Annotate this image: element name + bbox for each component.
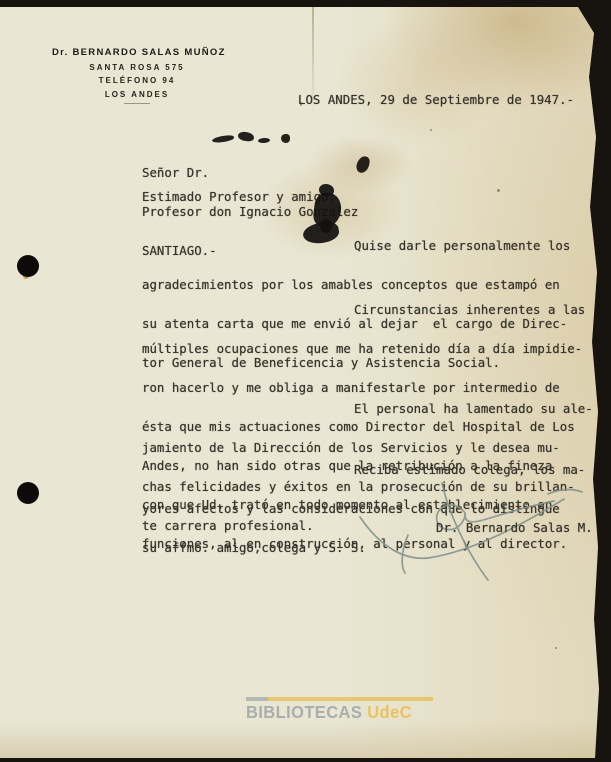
paragraph-line: Reciba estimado colega, los ma- <box>142 463 592 476</box>
letterhead-address: SANTA ROSA 575 <box>52 63 222 72</box>
watermark-text-accent: UdeC <box>367 704 412 723</box>
dateline: LOS ANDES, 29 de Septiembre de 1947.- <box>298 93 574 106</box>
typed-signature-name: Dr. Bernardo Salas M. <box>436 521 593 534</box>
paragraph-line: múltiples ocupaciones que me ha retenido… <box>142 342 592 355</box>
paragraph-line: Circunstancias inherentes a las <box>142 303 592 316</box>
watermark-bar-yellow <box>268 697 433 701</box>
paragraph-line: yores afectos y las consideraciones con … <box>142 502 592 515</box>
library-watermark: BIBLIOTECAS UdeC <box>246 697 446 723</box>
paragraph-line: su affmo. amigo,colega y S. S. <box>142 541 592 554</box>
letterhead-rule <box>124 103 150 104</box>
paragraph: Reciba estimado colega, los ma- yores af… <box>142 437 592 580</box>
watermark-bar-gray <box>246 697 268 701</box>
punch-hole <box>17 482 39 504</box>
watermark-text: BIBLIOTECAS UdeC <box>246 704 446 724</box>
paragraph-line: El personal ha lamentado su ale- <box>142 402 592 415</box>
letterhead-name: Dr. BERNARDO SALAS MUÑOZ <box>52 47 222 58</box>
letterhead-phone: TELÉFONO 94 <box>52 76 222 85</box>
watermark-text-primary: BIBLIOTECAS <box>246 704 362 723</box>
punch-hole <box>17 255 39 277</box>
paragraph-line: Quise darle personalmente los <box>142 239 592 252</box>
letterhead-city: LOS ANDES <box>52 90 222 99</box>
ink-smudge <box>281 134 290 143</box>
salutation: Estimado Profesor y amigo: <box>142 190 592 203</box>
paper-speck <box>430 129 432 131</box>
letter-page: Dr. BERNARDO SALAS MUÑOZ SANTA ROSA 575 … <box>0 7 600 758</box>
watermark-bar <box>246 697 433 701</box>
paper-speck <box>555 647 557 649</box>
letterhead: Dr. BERNARDO SALAS MUÑOZ SANTA ROSA 575 … <box>52 47 222 104</box>
